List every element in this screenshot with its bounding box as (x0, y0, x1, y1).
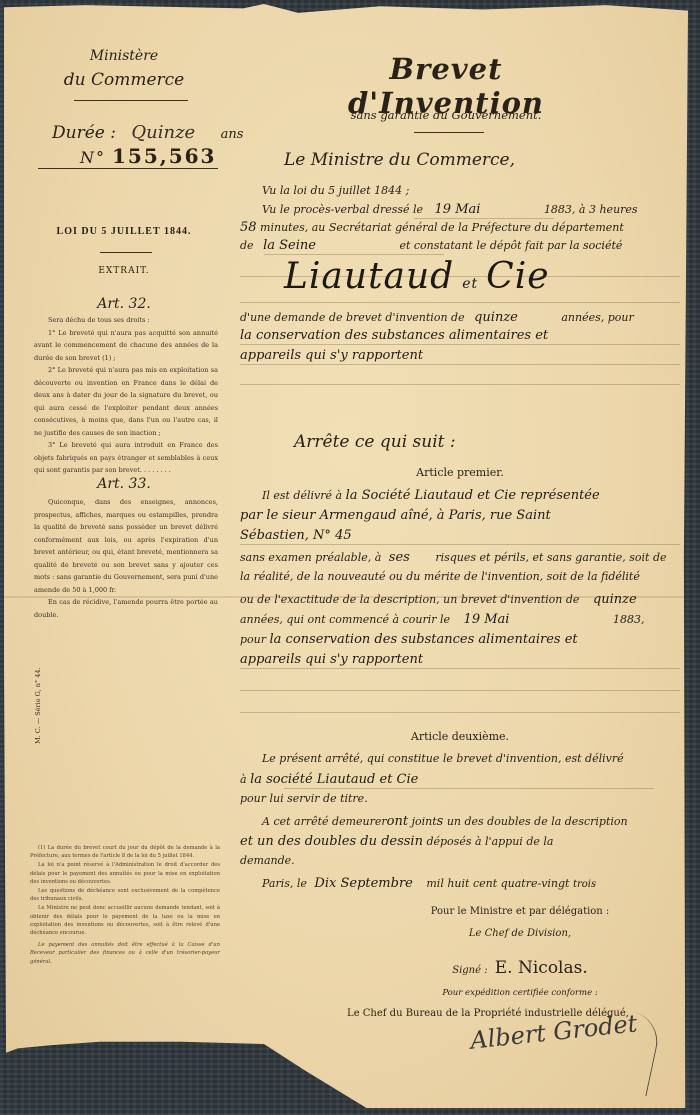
handwritten-year-suffix: trois (573, 879, 596, 890)
duration: Durée : Quinze ans (52, 122, 243, 143)
handwritten-societe: la société (569, 239, 622, 252)
footnotes: (1) La durée du brevet court du jour du … (30, 844, 220, 967)
text: 1883, (613, 613, 645, 626)
divider (38, 168, 218, 169)
text: d'une demande de brevet d'invention de (240, 311, 465, 324)
handwritten-minutes: 58 (240, 220, 257, 235)
text: pour (240, 633, 266, 646)
footnote-2: Les questions de déchéance sont exclusiv… (30, 887, 220, 903)
article1-line4: sans examen préalable, à ses risques et … (240, 550, 680, 565)
article1-line5: la réalité, de la nouveauté ou du mérite… (240, 570, 680, 583)
signed-line: Signé : E. Nicolas. (300, 958, 700, 978)
article2-line6: demande. (240, 854, 680, 867)
text: Il est délivré à (262, 489, 342, 502)
handwritten-dessin: et un des doubles du dessin (240, 834, 423, 849)
footnote-0: (1) La durée du brevet court du jour du … (30, 844, 220, 860)
art33-heading: Art. 33. (4, 476, 244, 492)
applicant-et: et (462, 276, 478, 292)
text: risques et périls, et sans garantie, soi… (435, 551, 666, 564)
handwritten-duration: quinze (474, 310, 518, 325)
number-value: 155,563 (112, 144, 216, 168)
art32-p2: 2° Le breveté qui n'aura pas mis en expl… (34, 364, 218, 439)
fill-line (240, 668, 680, 669)
art33-text: Quiconque, dans des enseignes, annonces,… (34, 496, 218, 621)
text: et constatant le dépôt fait par (399, 239, 565, 252)
preamble-line6: d'une demande de brevet d'invention de q… (240, 310, 680, 325)
article2-line3: pour lui servir de titre. (240, 792, 680, 805)
article1-line6: ou de l'exactitude de la description, un… (240, 592, 680, 607)
handwritten-date: 19 Mai (435, 202, 481, 217)
form-code: M. C. — Série G, n° 44. (34, 667, 42, 744)
fill-line (240, 344, 680, 345)
chef-division: Le Chef de Division, (300, 928, 700, 939)
fill-line (264, 254, 444, 255)
fill-line (240, 384, 680, 385)
text: Paris, le (262, 877, 307, 890)
text: déposés à l'appui de la (426, 835, 553, 848)
subject-line2: appareils qui s'y rapportent (240, 348, 680, 363)
footnote-italic: Le payement des annuités doit être effec… (30, 941, 220, 966)
text: ou de l'exactitude de la description, un… (240, 593, 579, 606)
text: minutes, au Secrétariat général de la Pr… (260, 221, 624, 234)
handwritten-department: la Seine (263, 238, 316, 253)
text: Vu le procès-verbal dressé le (262, 203, 423, 216)
extract-label: EXTRAIT. (4, 266, 244, 276)
preamble-line1: Vu la loi du 5 juillet 1844 ; (262, 184, 700, 197)
duration-label: Durée : (52, 123, 116, 143)
handwritten-duration-2: quinze (593, 592, 637, 607)
fill-line (240, 690, 680, 691)
handwritten-ont: ont (387, 814, 408, 829)
article1-heading: Article premier. (240, 466, 680, 479)
delegation-line: Pour le Ministre et par délégation : (300, 906, 700, 917)
article1-line8: pour la conservation des substances alim… (240, 632, 680, 647)
duration-unit: ans (221, 127, 244, 142)
art32-p1: 1° Le breveté qui n'aura pas acquitté so… (34, 327, 218, 365)
handwritten-subject: la conservation des substances alimentai… (270, 632, 578, 647)
signe-name: E. Nicolas. (495, 958, 588, 978)
text: joint (412, 815, 437, 828)
patent-number: N°155,563 (80, 144, 216, 168)
text: sans examen préalable, à (240, 551, 381, 564)
signe-label: Signé : (452, 965, 487, 976)
article1-line1: Il est délivré à la Société Liautaud et … (262, 488, 700, 503)
text: années, qui ont commencé à courir le (240, 613, 450, 626)
text: années, pour (561, 311, 633, 324)
footnote-1: La loi n'a point réservé à l'Administrat… (30, 861, 220, 886)
handwritten-start-date: 19 Mai (464, 612, 510, 627)
minister-heading: Le Ministre du Commerce, (284, 150, 515, 170)
handwritten-company-2: la société Liautaud et Cie (250, 772, 418, 787)
article2-heading: Article deuxième. (240, 730, 680, 743)
patent-document: Ministère du Commerce Durée : Quinze ans… (4, 4, 688, 1108)
fill-line (240, 302, 680, 303)
preamble-line4: de la Seine et constatant le dépôt fait … (240, 238, 680, 253)
handwritten-day-month: Dix Septembre (314, 876, 412, 891)
handwritten-s: s (437, 814, 444, 829)
text: un des doubles de la description (447, 815, 628, 828)
law-title: LOI DU 5 JUILLET 1844. (4, 226, 244, 237)
preamble-line3: 58 minutes, au Secrétariat général de la… (240, 220, 680, 235)
ministry-line1: Ministère (4, 48, 244, 64)
divider (100, 252, 152, 253)
text: mil huit cent quatre-vingt (426, 877, 569, 890)
number-prefix: N° (80, 148, 106, 167)
subject-line1: la conservation des substances alimentai… (240, 328, 680, 343)
text: de (240, 239, 254, 252)
ministry-line2: du Commerce (4, 70, 244, 90)
article1-line9: appareils qui s'y rapportent (240, 652, 680, 667)
text: A cet arrêté demeurer (262, 815, 387, 828)
fill-line (240, 544, 680, 545)
article2-line5: et un des doubles du dessin déposés à l'… (240, 834, 680, 849)
article1-line7: années, qui ont commencé à courir le 19 … (240, 612, 680, 627)
duration-value: Quinze (131, 122, 195, 143)
arrete-heading: Arrête ce qui suit : (294, 432, 456, 452)
ornamental-rule (74, 100, 188, 101)
art32-p3: 3° Le breveté qui aura introduit en Fran… (34, 439, 218, 477)
fill-line (240, 364, 680, 365)
fill-line (414, 218, 554, 219)
article1-line2: par le sieur Armengaud aîné, à Paris, ru… (240, 508, 680, 523)
article1-line3: Sébastien, N° 45 (240, 528, 680, 543)
text: à (240, 773, 247, 786)
document-subtitle: sans garantie du Gouvernement. (296, 108, 596, 122)
certified-line: Pour expédition certifiée conforme : (300, 988, 700, 998)
art32-heading: Art. 32. (4, 296, 244, 312)
ornamental-rule (414, 132, 484, 133)
fill-line (240, 276, 680, 277)
issue-date: Paris, le Dix Septembre mil huit cent qu… (262, 876, 700, 891)
fill-line (240, 712, 680, 713)
fill-line (284, 788, 654, 789)
handwritten-ses: ses (389, 550, 410, 565)
article2-line4: A cet arrêté demeureront joints un des d… (262, 814, 700, 829)
preamble-line2: Vu le procès-verbal dressé le 19 Mai 188… (262, 202, 700, 217)
art33-p1: En cas de récidive, l'amende pourra être… (34, 596, 218, 621)
art33-p0: Quiconque, dans des enseignes, annonces,… (34, 496, 218, 596)
article2-line1: Le présent arrêté, qui constitue le brev… (262, 752, 700, 765)
article2-line2: à la société Liautaud et Cie (240, 772, 680, 787)
art32-text: Sera déchu de tous ses droits : 1° Le br… (34, 314, 218, 477)
art32-p0: Sera déchu de tous ses droits : (34, 314, 218, 327)
footnote-3: Le Ministre ne peut donc accueillir aucu… (30, 904, 220, 937)
handwritten-company: la Société Liautaud et Cie représentée (346, 488, 600, 503)
text: 1883, à 3 heures (544, 203, 638, 216)
